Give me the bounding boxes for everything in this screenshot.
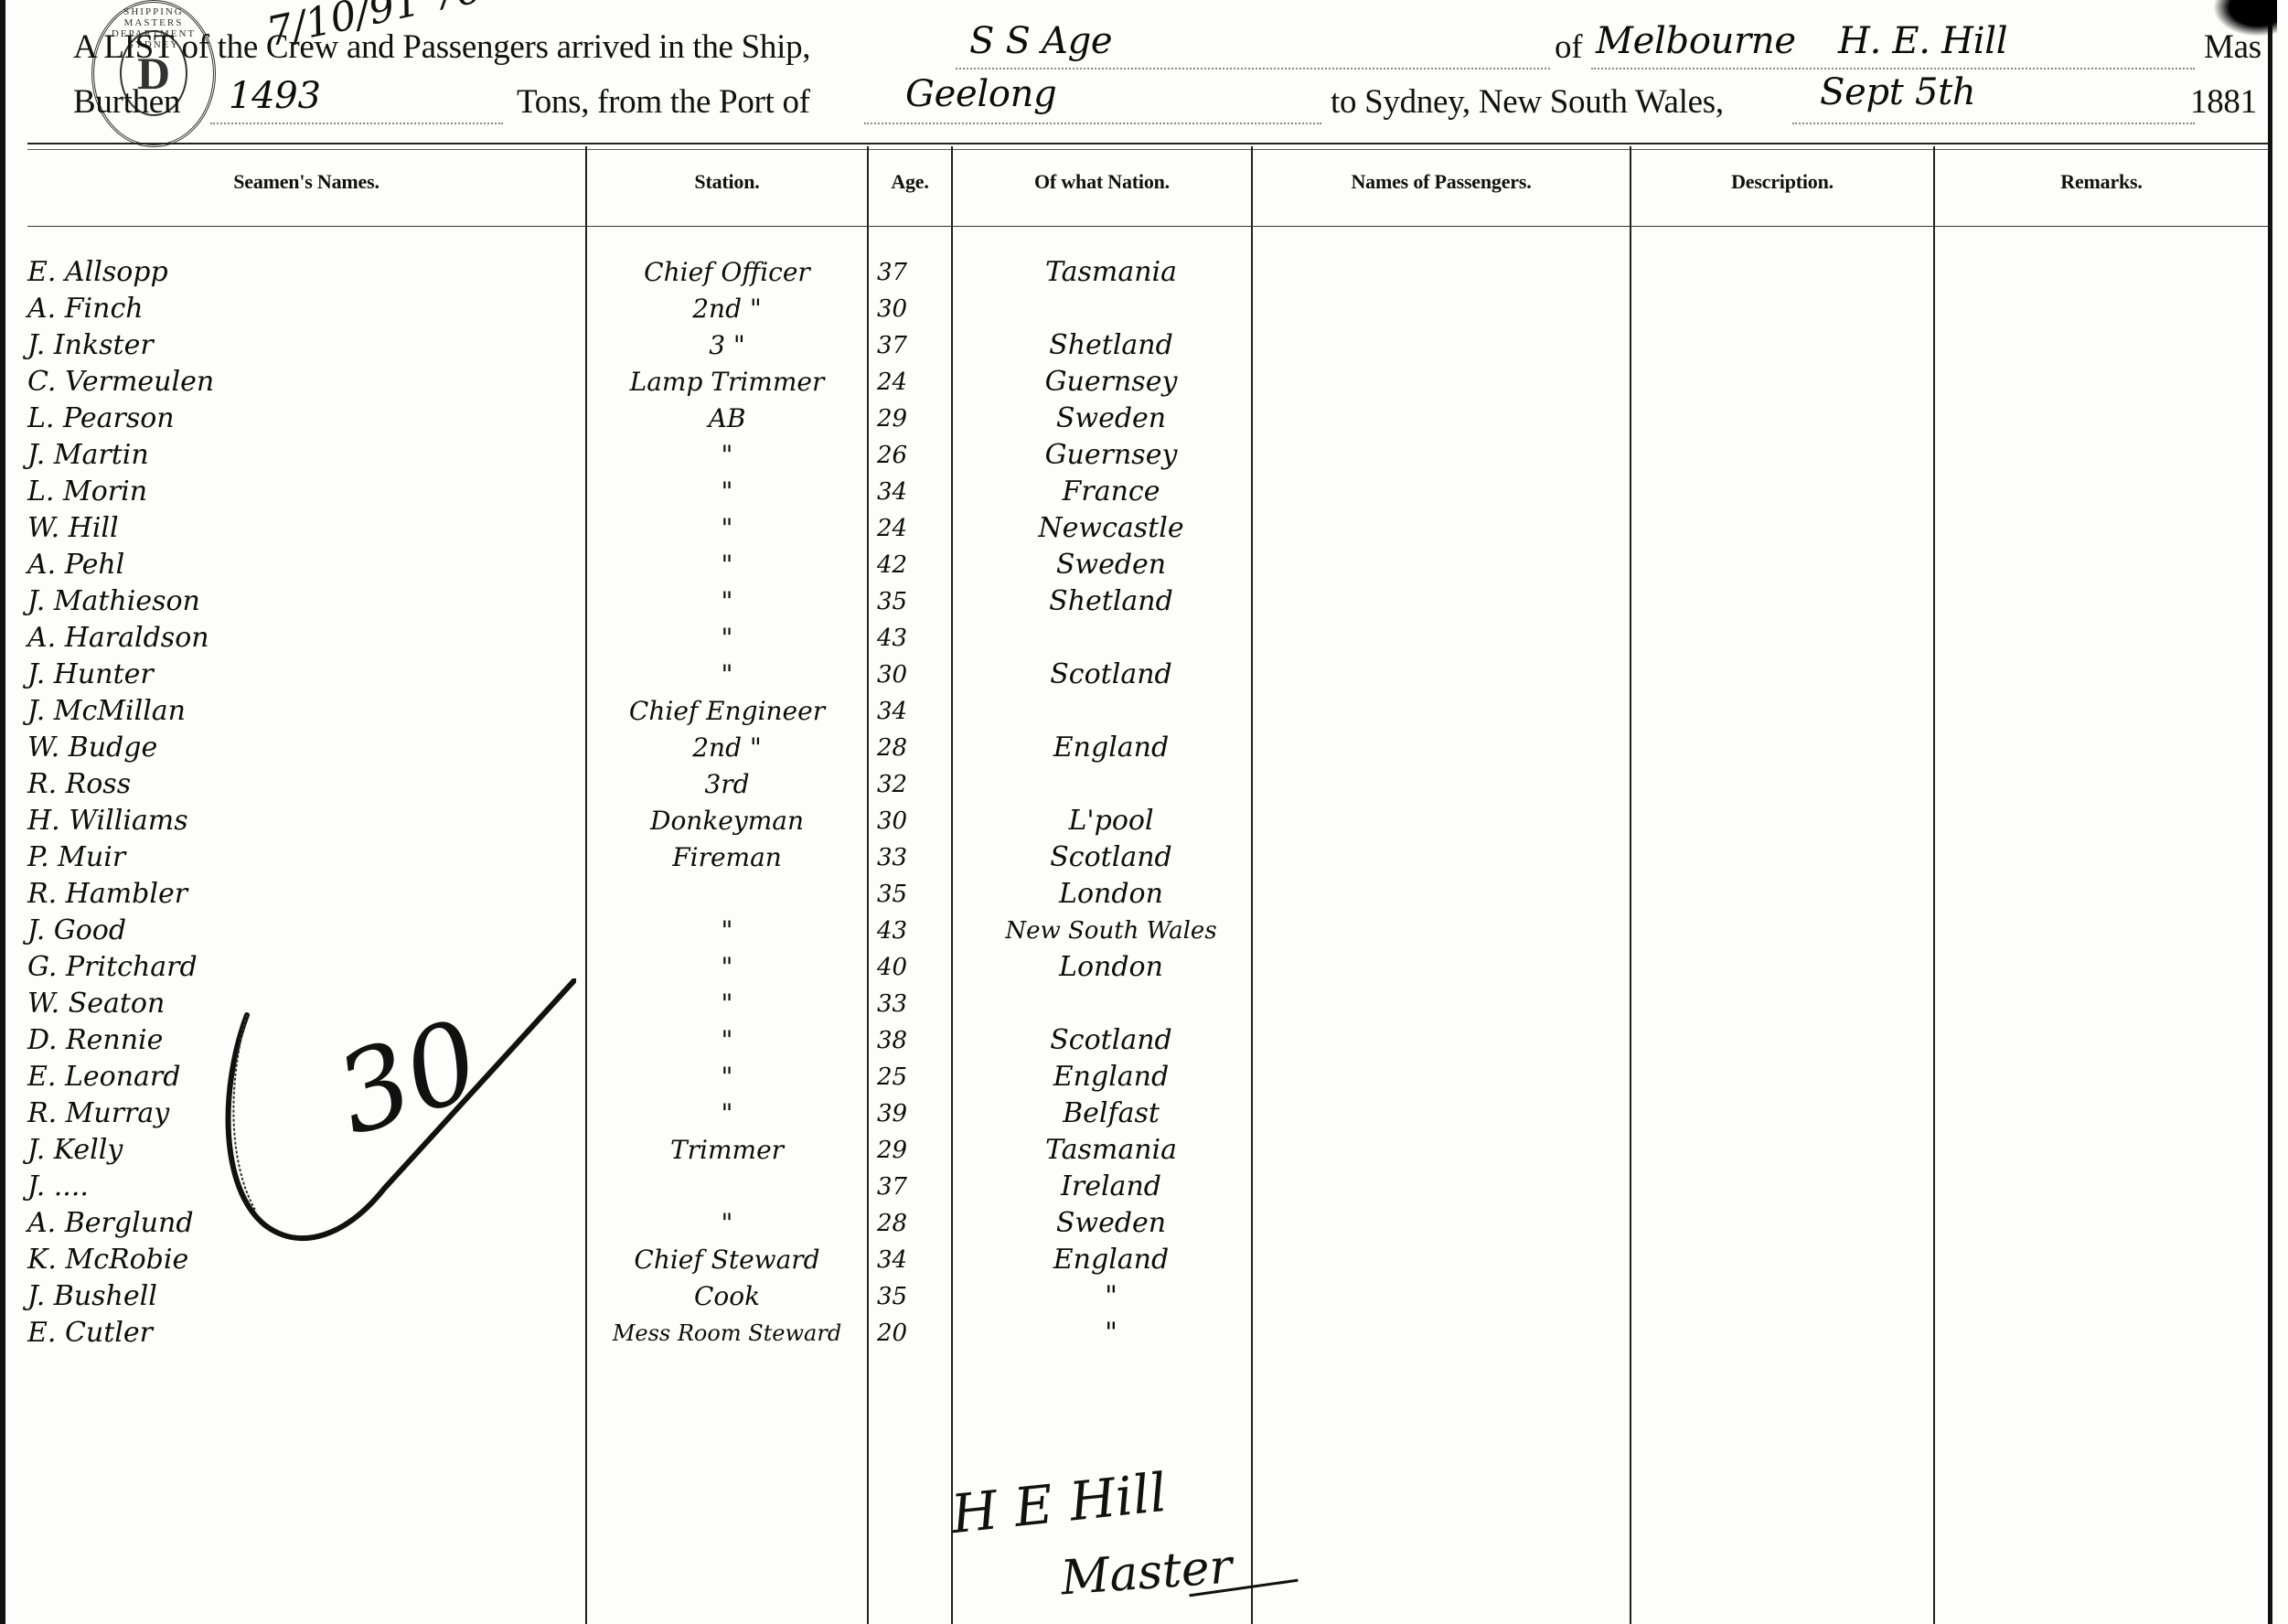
seaman-name: J. McMillan <box>27 693 576 730</box>
crew-row: W. Budge2nd "28England <box>0 730 2268 766</box>
seaman-age: 37 <box>873 1169 950 1205</box>
seaman-nation: England <box>969 730 1253 766</box>
seaman-name: R. Ross <box>27 766 576 803</box>
seaman-nation: " <box>969 1315 1253 1352</box>
seaman-name: A. Finch <box>27 291 576 327</box>
crew-row: E. AllsoppChief Officer37Tasmania <box>0 254 2268 291</box>
seaman-name: J. Bushell <box>27 1278 576 1315</box>
seaman-nation: Guernsey <box>969 437 1253 474</box>
seaman-nation: London <box>969 949 1253 986</box>
seaman-age: 43 <box>873 620 950 657</box>
seaman-station: " <box>594 474 860 510</box>
seaman-nation: England <box>969 1242 1253 1278</box>
seaman-age: 29 <box>873 401 950 437</box>
seaman-nation: Tasmania <box>969 1132 1253 1169</box>
seaman-nation: Shetland <box>969 327 1253 364</box>
seaman-age: 35 <box>873 583 950 620</box>
seaman-age: 32 <box>873 766 950 803</box>
seaman-age: 34 <box>873 1242 950 1278</box>
seaman-station: " <box>594 1059 860 1095</box>
seaman-name: J. Inkster <box>27 327 576 364</box>
seaman-age: 28 <box>873 1205 950 1242</box>
burthen-dotted-line <box>210 123 503 124</box>
crew-row: W. Hill"24Newcastle <box>0 510 2268 547</box>
crew-row: L. PearsonAB29Sweden <box>0 401 2268 437</box>
ship-name-dotted-line <box>956 68 1550 69</box>
seaman-nation <box>969 766 1253 803</box>
seaman-nation: Sweden <box>969 401 1253 437</box>
arrival-date-value: Sept 5th <box>1820 71 1975 113</box>
seaman-age: 26 <box>873 437 950 474</box>
seaman-name: C. Vermeulen <box>27 364 576 401</box>
seaman-age: 33 <box>873 839 950 876</box>
seaman-station: Cook <box>594 1278 860 1315</box>
seaman-name: J. Good <box>27 913 576 949</box>
seaman-station: Lamp Trimmer <box>594 364 860 401</box>
scan-right-edge <box>2268 0 2272 1624</box>
seaman-nation: Sweden <box>969 1205 1253 1242</box>
seaman-name: W. Budge <box>27 730 576 766</box>
crew-row: A. Haraldson"43 <box>0 620 2268 657</box>
seaman-nation: L'pool <box>969 803 1253 839</box>
seaman-station: " <box>594 437 860 474</box>
seaman-age: 20 <box>873 1315 950 1352</box>
seaman-age: 25 <box>873 1059 950 1095</box>
seaman-name: J. Martin <box>27 437 576 474</box>
seaman-name: A. Haraldson <box>27 620 576 657</box>
seaman-age: 37 <box>873 254 950 291</box>
column-header-station: Station. <box>587 170 867 207</box>
column-header-remarks: Remarks. <box>1935 170 2268 207</box>
seaman-station: " <box>594 1205 860 1242</box>
seaman-station: " <box>594 1022 860 1059</box>
seaman-nation: France <box>969 474 1253 510</box>
seaman-age: 35 <box>873 876 950 913</box>
burthen-value: 1493 <box>229 75 321 117</box>
seaman-nation: " <box>969 1278 1253 1315</box>
column-header-nation: Of what Nation. <box>953 170 1251 207</box>
seaman-name: A. Pehl <box>27 547 576 583</box>
crew-row: C. VermeulenLamp Trimmer24Guernsey <box>0 364 2268 401</box>
burthen-label: Burthen <box>73 82 180 122</box>
column-header-age: Age. <box>869 170 951 207</box>
crew-row: J. Martin"26Guernsey <box>0 437 2268 474</box>
seaman-station: Chief Steward <box>594 1242 860 1278</box>
seaman-age: 40 <box>873 949 950 986</box>
of-label: of <box>1555 27 1582 67</box>
seaman-nation <box>969 620 1253 657</box>
seaman-nation: Scotland <box>969 657 1253 693</box>
master-signature-role: Master <box>1059 1540 1234 1607</box>
seaman-name: E. Cutler <box>27 1315 576 1352</box>
column-header-passenger-names: Names of Passengers. <box>1253 170 1630 207</box>
from-port-value: Geelong <box>905 73 1056 115</box>
seaman-age: 43 <box>873 913 950 949</box>
seaman-age: 33 <box>873 986 950 1022</box>
seaman-station <box>594 876 860 913</box>
column-header-seamens-names: Seamen's Names. <box>27 170 585 207</box>
seaman-station: AB <box>594 401 860 437</box>
seaman-nation: Scotland <box>969 1022 1253 1059</box>
heading-prefix: A LIST of the Crew and Passengers arrive… <box>73 27 810 67</box>
master-signature: H E Hill <box>948 1461 1170 1545</box>
crew-row: J. Mathieson"35Shetland <box>0 583 2268 620</box>
seaman-station: " <box>594 1095 860 1132</box>
seaman-name: R. Hambler <box>27 876 576 913</box>
seaman-station: " <box>594 657 860 693</box>
seaman-station: 2nd " <box>594 730 860 766</box>
master-name-value: H. E. Hill <box>1838 20 2007 62</box>
header-rule <box>27 226 2268 227</box>
seaman-nation: Sweden <box>969 547 1253 583</box>
seaman-name: E. Allsopp <box>27 254 576 291</box>
home-port-dotted-line <box>1591 68 2195 69</box>
seaman-age: 30 <box>873 803 950 839</box>
date-dotted-line <box>1792 123 2195 124</box>
year-label: 1881 <box>2190 82 2257 122</box>
seaman-nation: Belfast <box>969 1095 1253 1132</box>
seaman-station: " <box>594 620 860 657</box>
crew-passenger-list-page: SHIPPING MASTERS DEPARTMENT SYDNEY D 7/1… <box>0 0 2288 1624</box>
seaman-station: Fireman <box>594 839 860 876</box>
shipping-masters-stamp: SHIPPING MASTERS DEPARTMENT SYDNEY D <box>91 0 216 147</box>
crew-row: J. Good"43New South Wales <box>0 913 2268 949</box>
seaman-nation: England <box>969 1059 1253 1095</box>
seaman-name: J. Mathieson <box>27 583 576 620</box>
seaman-nation <box>969 291 1253 327</box>
seaman-nation: Ireland <box>969 1169 1253 1205</box>
seaman-age: 38 <box>873 1022 950 1059</box>
crew-row: P. MuirFireman33Scotland <box>0 839 2268 876</box>
crew-row: J. Inkster3 "37Shetland <box>0 327 2268 364</box>
seaman-nation: Scotland <box>969 839 1253 876</box>
seaman-station: 3rd <box>594 766 860 803</box>
seaman-station: Mess Room Steward <box>594 1315 860 1352</box>
seaman-name: L. Pearson <box>27 401 576 437</box>
crew-row: J. McMillanChief Engineer34 <box>0 693 2268 730</box>
tons-label: Tons, from the Port of <box>517 82 810 122</box>
crew-row: J. BushellCook35" <box>0 1278 2268 1315</box>
seaman-nation <box>969 986 1253 1022</box>
seaman-age: 30 <box>873 657 950 693</box>
crew-row: E. CutlerMess Room Steward20" <box>0 1315 2268 1352</box>
seaman-age: 42 <box>873 547 950 583</box>
home-port-value: Melbourne <box>1596 20 1796 62</box>
seaman-station: " <box>594 949 860 986</box>
heading-double-rule <box>27 143 2268 150</box>
column-header-description: Description. <box>1631 170 1933 207</box>
crew-tally-annotation: 30 <box>219 978 576 1253</box>
seaman-age: 28 <box>873 730 950 766</box>
crew-row: A. Finch2nd "30 <box>0 291 2268 327</box>
seaman-station: Chief Officer <box>594 254 860 291</box>
seaman-nation: New South Wales <box>969 913 1253 949</box>
seaman-station: Donkeyman <box>594 803 860 839</box>
seaman-age: 37 <box>873 327 950 364</box>
seaman-nation: Tasmania <box>969 254 1253 291</box>
crew-row: R. Hambler35London <box>0 876 2268 913</box>
seaman-station <box>594 1169 860 1205</box>
to-label: to Sydney, New South Wales, <box>1331 82 1724 122</box>
crew-row: L. Morin"34France <box>0 474 2268 510</box>
seaman-station: " <box>594 913 860 949</box>
seaman-name: P. Muir <box>27 839 576 876</box>
seaman-name: H. Williams <box>27 803 576 839</box>
seaman-station: Trimmer <box>594 1132 860 1169</box>
seaman-station: " <box>594 986 860 1022</box>
seaman-age: 39 <box>873 1095 950 1132</box>
crew-row: H. WilliamsDonkeyman30L'pool <box>0 803 2268 839</box>
seaman-nation: London <box>969 876 1253 913</box>
from-port-dotted-line <box>864 123 1321 124</box>
crew-row: J. Hunter"30Scotland <box>0 657 2268 693</box>
seaman-station: " <box>594 547 860 583</box>
seaman-station: 2nd " <box>594 291 860 327</box>
master-label: Mas <box>2204 27 2261 67</box>
seaman-age: 24 <box>873 364 950 401</box>
seaman-age: 35 <box>873 1278 950 1315</box>
seaman-name: L. Morin <box>27 474 576 510</box>
seaman-age: 30 <box>873 291 950 327</box>
seaman-nation: Shetland <box>969 583 1253 620</box>
seaman-nation: Newcastle <box>969 510 1253 547</box>
seaman-age: 34 <box>873 693 950 730</box>
seaman-station: 3 " <box>594 327 860 364</box>
seaman-age: 29 <box>873 1132 950 1169</box>
ship-name-value: S S Age <box>969 20 1112 62</box>
seaman-station: Chief Engineer <box>594 693 860 730</box>
crew-row: A. Pehl"42Sweden <box>0 547 2268 583</box>
seaman-age: 34 <box>873 474 950 510</box>
seaman-station: " <box>594 583 860 620</box>
seaman-nation: Guernsey <box>969 364 1253 401</box>
seaman-nation <box>969 693 1253 730</box>
seaman-age: 24 <box>873 510 950 547</box>
seaman-station: " <box>594 510 860 547</box>
crew-row: R. Ross3rd32 <box>0 766 2268 803</box>
seaman-name: W. Hill <box>27 510 576 547</box>
seaman-name: J. Hunter <box>27 657 576 693</box>
